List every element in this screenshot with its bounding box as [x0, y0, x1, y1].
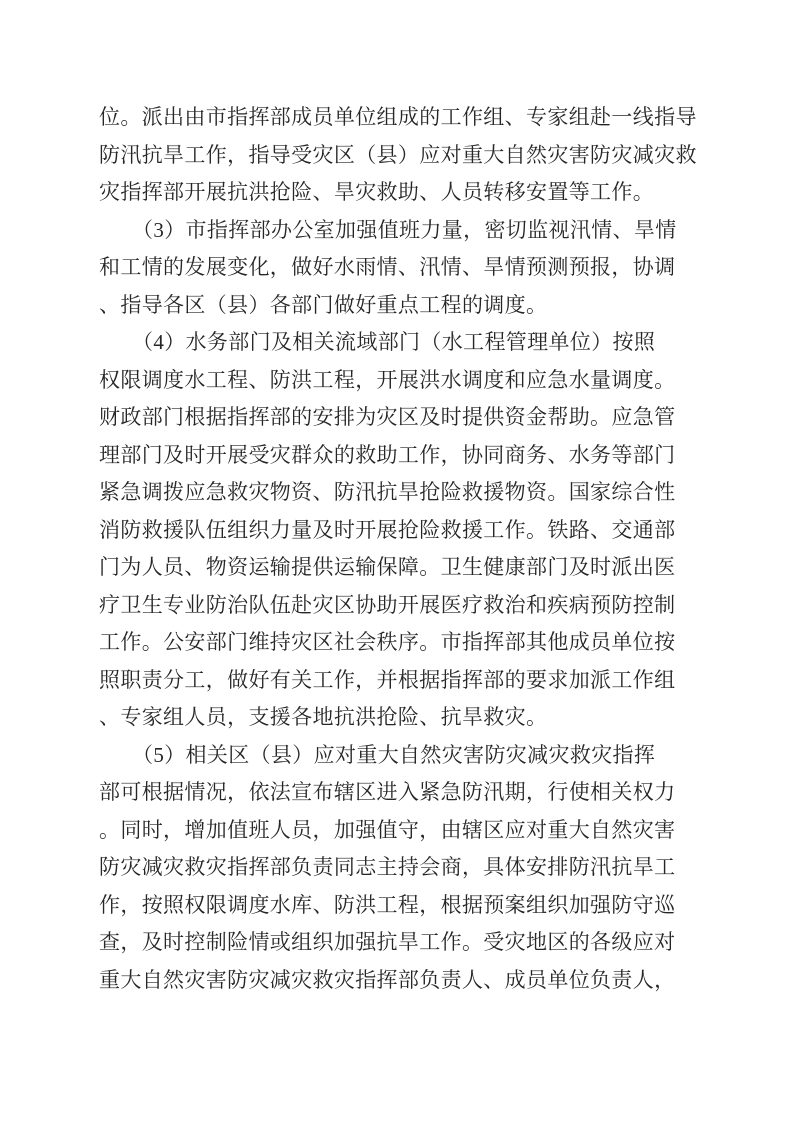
- text-line: 位。派出由市指挥部成员单位组成的工作组、专家组赴一线指导: [99, 99, 697, 137]
- text-line: 疗卫生专业防治队伍赴灾区协助开展医疗救治和疾病预防控制: [99, 587, 697, 625]
- text-line: 作，按照权限调度水库、防洪工程，根据预案组织加强防守巡: [99, 887, 697, 925]
- document-body: 位。派出由市指挥部成员单位组成的工作组、专家组赴一线指导防汛抗旱工作，指导受灾区…: [99, 99, 697, 999]
- text-line: 门为人员、物资运输提供运输保障。卫生健康部门及时派出医: [99, 549, 697, 587]
- text-line: （4）水务部门及相关流域部门（水工程管理单位）按照: [99, 324, 697, 362]
- paragraph-item-3: （3）市指挥部办公室加强值班力量，密切监视汛情、旱情和工情的发展变化，做好水雨情…: [99, 212, 697, 325]
- text-line: 防灾减灾救灾指挥部负责同志主持会商，具体安排防汛抗旱工: [99, 849, 697, 887]
- text-line: 和工情的发展变化，做好水雨情、汛情、旱情预测预报，协调: [99, 249, 697, 287]
- text-line: 消防救援队伍组织力量及时开展抢险救援工作。铁路、交通部: [99, 512, 697, 550]
- paragraph-item-4: （4）水务部门及相关流域部门（水工程管理单位）按照权限调度水工程、防洪工程，开展…: [99, 324, 697, 737]
- text-line: 理部门及时开展受灾群众的救助工作，协同商务、水务等部门: [99, 437, 697, 475]
- paragraph-continuation: 位。派出由市指挥部成员单位组成的工作组、专家组赴一线指导防汛抗旱工作，指导受灾区…: [99, 99, 697, 212]
- text-line: （3）市指挥部办公室加强值班力量，密切监视汛情、旱情: [99, 212, 697, 250]
- text-line: 、专家组人员，支援各地抗洪抢险、抗旱救灾。: [99, 699, 697, 737]
- text-line: 重大自然灾害防灾减灾救灾指挥部负责人、成员单位负责人，: [99, 962, 697, 1000]
- text-line: 。同时，增加值班人员，加强值守，由辖区应对重大自然灾害: [99, 812, 697, 850]
- text-line: 财政部门根据指挥部的安排为灾区及时提供资金帮助。应急管: [99, 399, 697, 437]
- text-line: 权限调度水工程、防洪工程，开展洪水调度和应急水量调度。: [99, 362, 697, 400]
- text-line: 、指导各区（县）各部门做好重点工程的调度。: [99, 287, 697, 325]
- paragraph-item-5: （5）相关区（县）应对重大自然灾害防灾减灾救灾指挥部可根据情况，依法宣布辖区进入…: [99, 737, 697, 1000]
- text-line: 防汛抗旱工作，指导受灾区（县）应对重大自然灾害防灾减灾救: [99, 137, 697, 175]
- text-line: 灾指挥部开展抗洪抢险、旱灾救助、人员转移安置等工作。: [99, 174, 697, 212]
- text-line: 紧急调拨应急救灾物资、防汛抗旱抢险救援物资。国家综合性: [99, 474, 697, 512]
- text-line: （5）相关区（县）应对重大自然灾害防灾减灾救灾指挥: [99, 737, 697, 775]
- text-line: 查，及时控制险情或组织加强抗旱工作。受灾地区的各级应对: [99, 924, 697, 962]
- text-line: 照职责分工，做好有关工作，并根据指挥部的要求加派工作组: [99, 662, 697, 700]
- text-line: 工作。公安部门维持灾区社会秩序。市指挥部其他成员单位按: [99, 624, 697, 662]
- text-line: 部可根据情况，依法宣布辖区进入紧急防汛期，行使相关权力: [99, 774, 697, 812]
- document-page: 位。派出由市指挥部成员单位组成的工作组、专家组赴一线指导防汛抗旱工作，指导受灾区…: [0, 0, 793, 1122]
